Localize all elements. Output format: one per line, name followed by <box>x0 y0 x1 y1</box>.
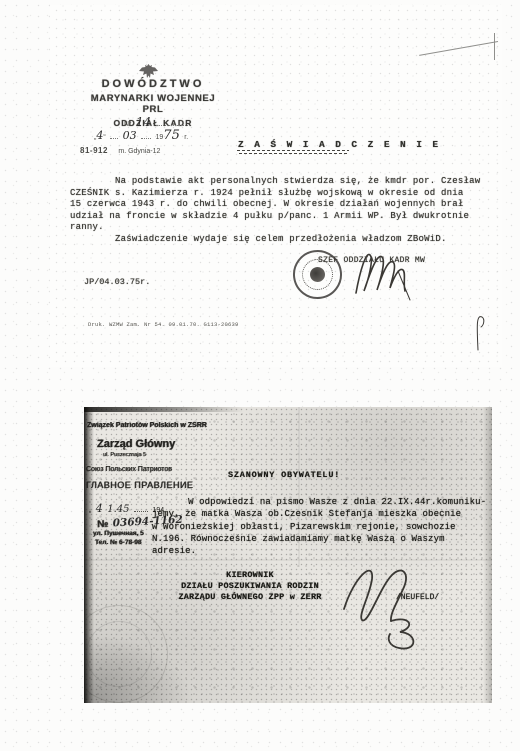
body-line: adresie. <box>152 545 492 557</box>
body-line: 15 czerwca 1943 r. do chwili obecnej. W … <box>70 199 470 211</box>
body-line: Na podstawie akt personalnych stwierdza … <box>70 176 470 188</box>
body-line: w Woronieżskiej obłasti, Pizarewskim rej… <box>152 521 492 533</box>
body-line: CZEŚNIK s. Kazimierza r. 1924 pełnił słu… <box>70 188 470 200</box>
certificate-body: Na podstawie akt personalnych stwierdza … <box>70 176 470 246</box>
body-line: udział na froncie w składzie 4 pułku p/p… <box>70 211 470 223</box>
salutation: SZANOWNY OBYWATELU! <box>228 470 340 480</box>
document-title: Z A Ś W I A D C Z E N I E <box>238 139 441 150</box>
street-polish: ul. Puszecznaja 5 <box>103 452 146 458</box>
date-dotted-2 <box>141 129 151 139</box>
board-name-russian: ГЛАВНОЕ ПРАВЛЕНИЕ <box>86 480 193 490</box>
photo-top-edge-shadow <box>84 407 244 412</box>
round-stamp-core <box>309 266 326 283</box>
date-open-quote: „ <box>89 507 91 514</box>
org-name-russian: Союз Польских Патриотов <box>86 466 172 473</box>
reference-code: JP/04.03.75r. <box>84 277 150 287</box>
body-line: jemy, że matka Wasza ob.Czesnik Stefanja… <box>152 508 492 520</box>
scan-page: { "doc1": { "letterhead": { "command": "… <box>0 0 520 751</box>
signature-doc2 <box>336 557 431 662</box>
postal-code: 81-912 <box>80 146 108 155</box>
letterhead-navy: MARYNARKI WOJENNEJ PRL <box>88 93 218 115</box>
faint-stamp-inner-ring <box>86 621 152 687</box>
body-line: N.196. Równocześnie zawiadamiamy matkę W… <box>152 533 492 545</box>
print-note: Druk. WZMW Zam. Nr 54. 09.01.70. G113-20… <box>88 321 239 328</box>
pen-hook-mark <box>472 310 486 357</box>
board-name-polish: Zarząd Główny <box>97 438 175 450</box>
signer-title-line: KIEROWNIK <box>170 570 330 581</box>
body-line: ranny. <box>70 222 470 234</box>
scan-edge-line <box>508 0 510 390</box>
org-name-polish: Związek Patriotów Polskich w ZSRR <box>87 422 227 429</box>
letterhead-command: DOWÓDZTWO <box>88 78 218 90</box>
signer-title-block: KIEROWNIK DZIAŁU POSZUKIWANIA RODZIN ZAR… <box>170 570 330 603</box>
title-underline <box>237 150 349 154</box>
street-russian: ул. Пушечная, 5 <box>93 530 144 537</box>
signature-doc1 <box>350 243 418 308</box>
letter-photo-document: Związek Patriotów Polskich w ZSRR Zarząd… <box>84 407 492 703</box>
number-label: № <box>97 519 109 531</box>
postal-line: 81-912 m. Gdynia-12 <box>80 140 240 158</box>
fold-line-vertical <box>494 33 495 60</box>
letter-body: W odpowiedzi na pismo Wasze z dnia 22.IX… <box>166 496 492 557</box>
signer-title-line: DZIAŁU POSZUKIWANIA RODZIN <box>170 581 330 592</box>
certificate-document: DOWÓDZTWO MARYNARKI WOJENNEJ PRL ODDZIAŁ… <box>50 5 502 367</box>
place-name: m. Gdynia-12 <box>118 148 160 155</box>
nr-dotted-line <box>156 116 190 126</box>
date-rule <box>134 502 148 512</box>
phone-russian: Тел. № 6-78-98 <box>95 539 141 546</box>
date-dotted-1 <box>110 129 118 139</box>
fold-line-diagonal <box>419 41 498 56</box>
signer-title-line: ZARZĄDU GŁÓWNEGO ZPP w ZERR <box>170 592 330 603</box>
body-line: W odpowiedzi na pismo Wasze z dnia 22.IX… <box>166 496 492 508</box>
round-stamp-inner-ring <box>300 257 335 292</box>
